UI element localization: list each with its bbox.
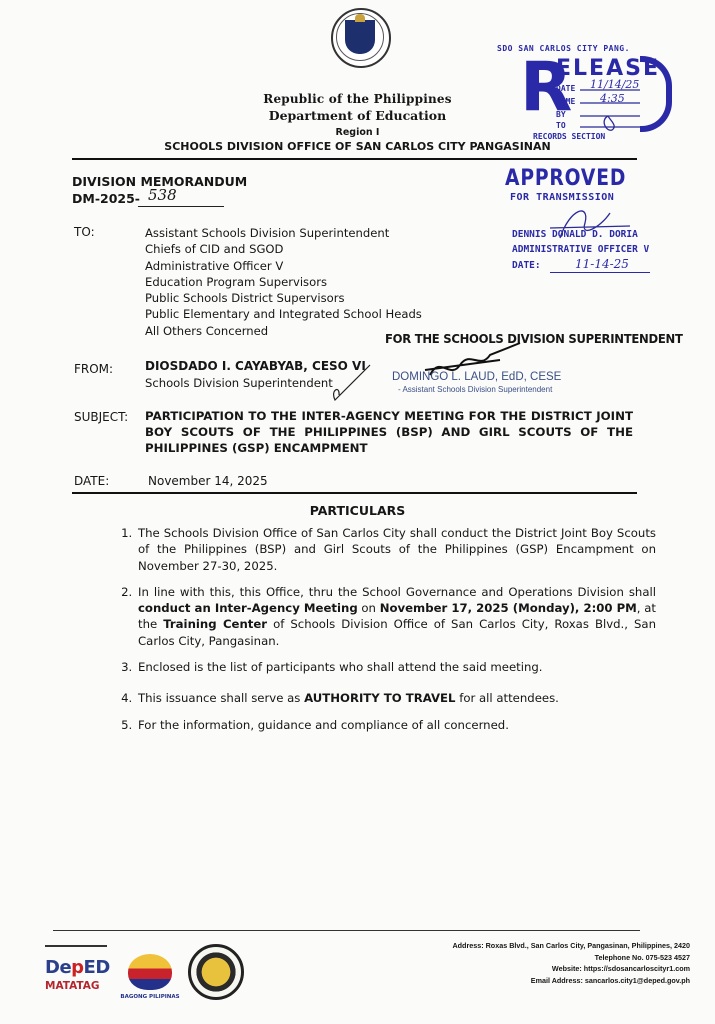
deped-matatag-logo: DepED MATATAG xyxy=(45,945,115,1000)
bagong-pilipinas-logo: BAGONG PILIPINAS xyxy=(120,948,180,1008)
approved-date-label: DATE: xyxy=(512,260,541,271)
office-line: SCHOOLS DIVISION OFFICE OF SAN CARLOS CI… xyxy=(0,140,715,153)
recipient: Chiefs of CID and SGOD xyxy=(145,241,422,257)
memo-number-line xyxy=(138,206,224,207)
telephone: Telephone No. 075-523 4527 xyxy=(380,952,690,964)
to-label: TO: xyxy=(74,225,95,239)
approved-stamp-title: APPROVED xyxy=(505,166,626,191)
recipient: Education Program Supervisors xyxy=(145,274,422,290)
subject-text: PARTICIPATION TO THE INTER-AGENCY MEETIN… xyxy=(145,408,633,456)
particular-item-2: In line with this, this Office, thru the… xyxy=(136,584,656,649)
email-link[interactable]: Email Address: sancarlos.city1@deped.gov… xyxy=(380,975,690,987)
date-divider xyxy=(72,492,637,494)
released-stamp-footer: RECORDS SECTION xyxy=(533,132,605,141)
particulars-list: The Schools Division Office of San Carlo… xyxy=(114,525,656,743)
address: Address: Roxas Blvd., San Carlos City, P… xyxy=(380,940,690,952)
approved-date-line xyxy=(550,272,650,273)
released-by-label: BY xyxy=(556,110,566,119)
particular-item-5: For the information, guidance and compli… xyxy=(136,717,656,733)
approved-date-value: 11-14-25 xyxy=(575,257,629,271)
from-label: FROM: xyxy=(74,362,113,376)
memo-number-label: DM-2025- xyxy=(72,191,140,206)
website-link[interactable]: Website: https://sdosancarloscityr1.com xyxy=(380,963,690,975)
particular-item-4: This issuance shall serve as AUTHORITY T… xyxy=(136,690,656,706)
approved-stamp-name: DENNIS DONALD D. DORIA xyxy=(512,229,638,240)
asds-name: DOMINGO L. LAUD, EdD, CESE xyxy=(392,371,561,383)
particulars-heading: PARTICULARS xyxy=(0,503,715,518)
recipient: Public Elementary and Integrated School … xyxy=(145,306,422,322)
asds-position: - Assistant Schools Division Superintend… xyxy=(398,385,552,394)
sdo-san-carlos-seal-icon xyxy=(188,944,244,1000)
deped-seal-icon xyxy=(331,8,391,68)
approved-stamp-position: ADMINISTRATIVE OFFICER V xyxy=(512,244,649,255)
recipient: All Others Concerned xyxy=(145,323,422,339)
recipient: Assistant Schools Division Superintenden… xyxy=(145,225,422,241)
recipient: Administrative Officer V xyxy=(145,258,422,274)
to-recipients: Assistant Schools Division Superintenden… xyxy=(145,225,422,339)
date-label: DATE: xyxy=(74,474,109,488)
memo-date: November 14, 2025 xyxy=(148,474,268,488)
footer-divider xyxy=(53,930,640,931)
approved-signature xyxy=(540,198,640,248)
subject-label: SUBJECT: xyxy=(74,410,128,424)
from-position: Schools Division Superintendent xyxy=(145,376,333,390)
contact-info: Address: Roxas Blvd., San Carlos City, P… xyxy=(380,940,690,986)
particular-item-3: Enclosed is the list of participants who… xyxy=(136,659,656,675)
released-lines xyxy=(570,80,650,140)
initial-signature xyxy=(325,360,375,405)
memo-number-value: 538 xyxy=(148,186,177,204)
released-to-label: TO xyxy=(556,121,566,130)
header-divider xyxy=(72,158,637,160)
recipient: Public Schools District Supervisors xyxy=(145,290,422,306)
particular-item-1: The Schools Division Office of San Carlo… xyxy=(136,525,656,574)
